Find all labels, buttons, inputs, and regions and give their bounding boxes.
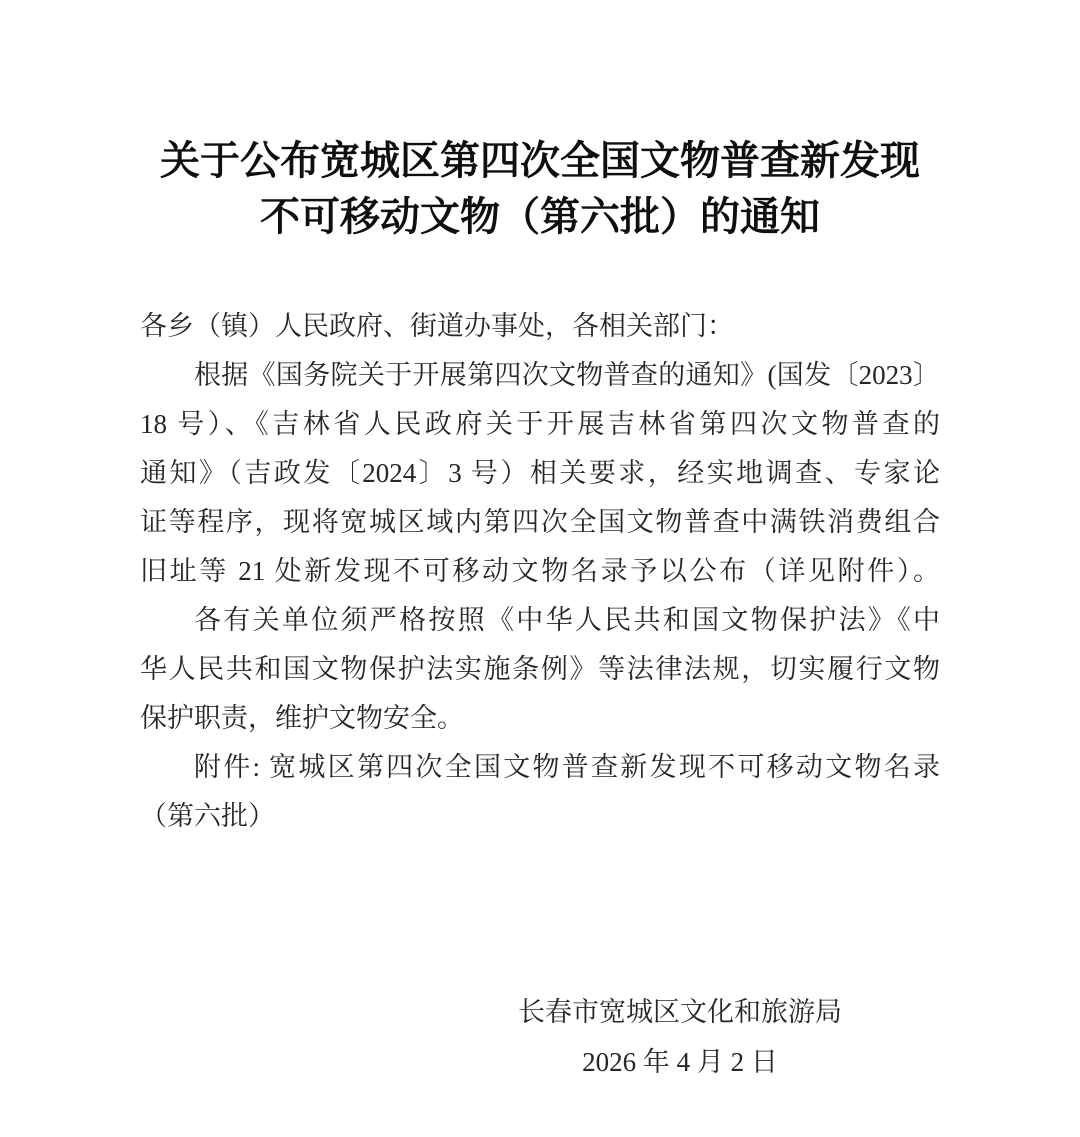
salutation-line: 各乡（镇）人民政府、街道办事处，各相关部门： [140, 302, 940, 351]
title-line-2: 不可移动文物（第六批）的通知 [70, 189, 1010, 245]
body-line: 华人民共和国文物保护法实施条例》等法律法规，切实履行文物 [140, 645, 940, 694]
signature-organization: 长春市宽城区文化和旅游局 [498, 987, 862, 1037]
body-line: 保护职责，维护文物安全。 [140, 694, 940, 743]
title-line-1: 关于公布宽城区第四次全国文物普查新发现 [70, 133, 1010, 189]
signature-block: 长春市宽城区文化和旅游局 2026 年 4 月 2 日 [498, 987, 862, 1087]
attachment-line: 附件: 宽城区第四次全国文物普查新发现不可移动文物名录 [140, 743, 940, 792]
document-body: 各乡（镇）人民政府、街道办事处，各相关部门： 根据《国务院关于开展第四次文物普查… [140, 302, 940, 841]
body-line: 证等程序，现将宽城区域内第四次全国文物普查中满铁消费组合 [140, 498, 940, 547]
body-line: 通知》（吉政发〔2024〕3 号）相关要求，经实地调查、专家论 [140, 449, 940, 498]
document-page: 关于公布宽城区第四次全国文物普查新发现 不可移动文物（第六批）的通知 各乡（镇）… [0, 0, 1080, 1137]
body-line: 18 号）、《吉林省人民政府关于开展吉林省第四次文物普查的 [140, 400, 940, 449]
signature-date: 2026 年 4 月 2 日 [498, 1037, 862, 1087]
document-title: 关于公布宽城区第四次全国文物普查新发现 不可移动文物（第六批）的通知 [0, 0, 1080, 245]
body-line: 根据《国务院关于开展第四次文物普查的通知》(国发〔2023〕 [140, 351, 940, 400]
attachment-line: （第六批） [140, 792, 940, 841]
body-line: 旧址等 21 处新发现不可移动文物名录予以公布（详见附件）。 [140, 547, 940, 596]
body-line: 各有关单位须严格按照《中华人民共和国文物保护法》《中 [140, 596, 940, 645]
